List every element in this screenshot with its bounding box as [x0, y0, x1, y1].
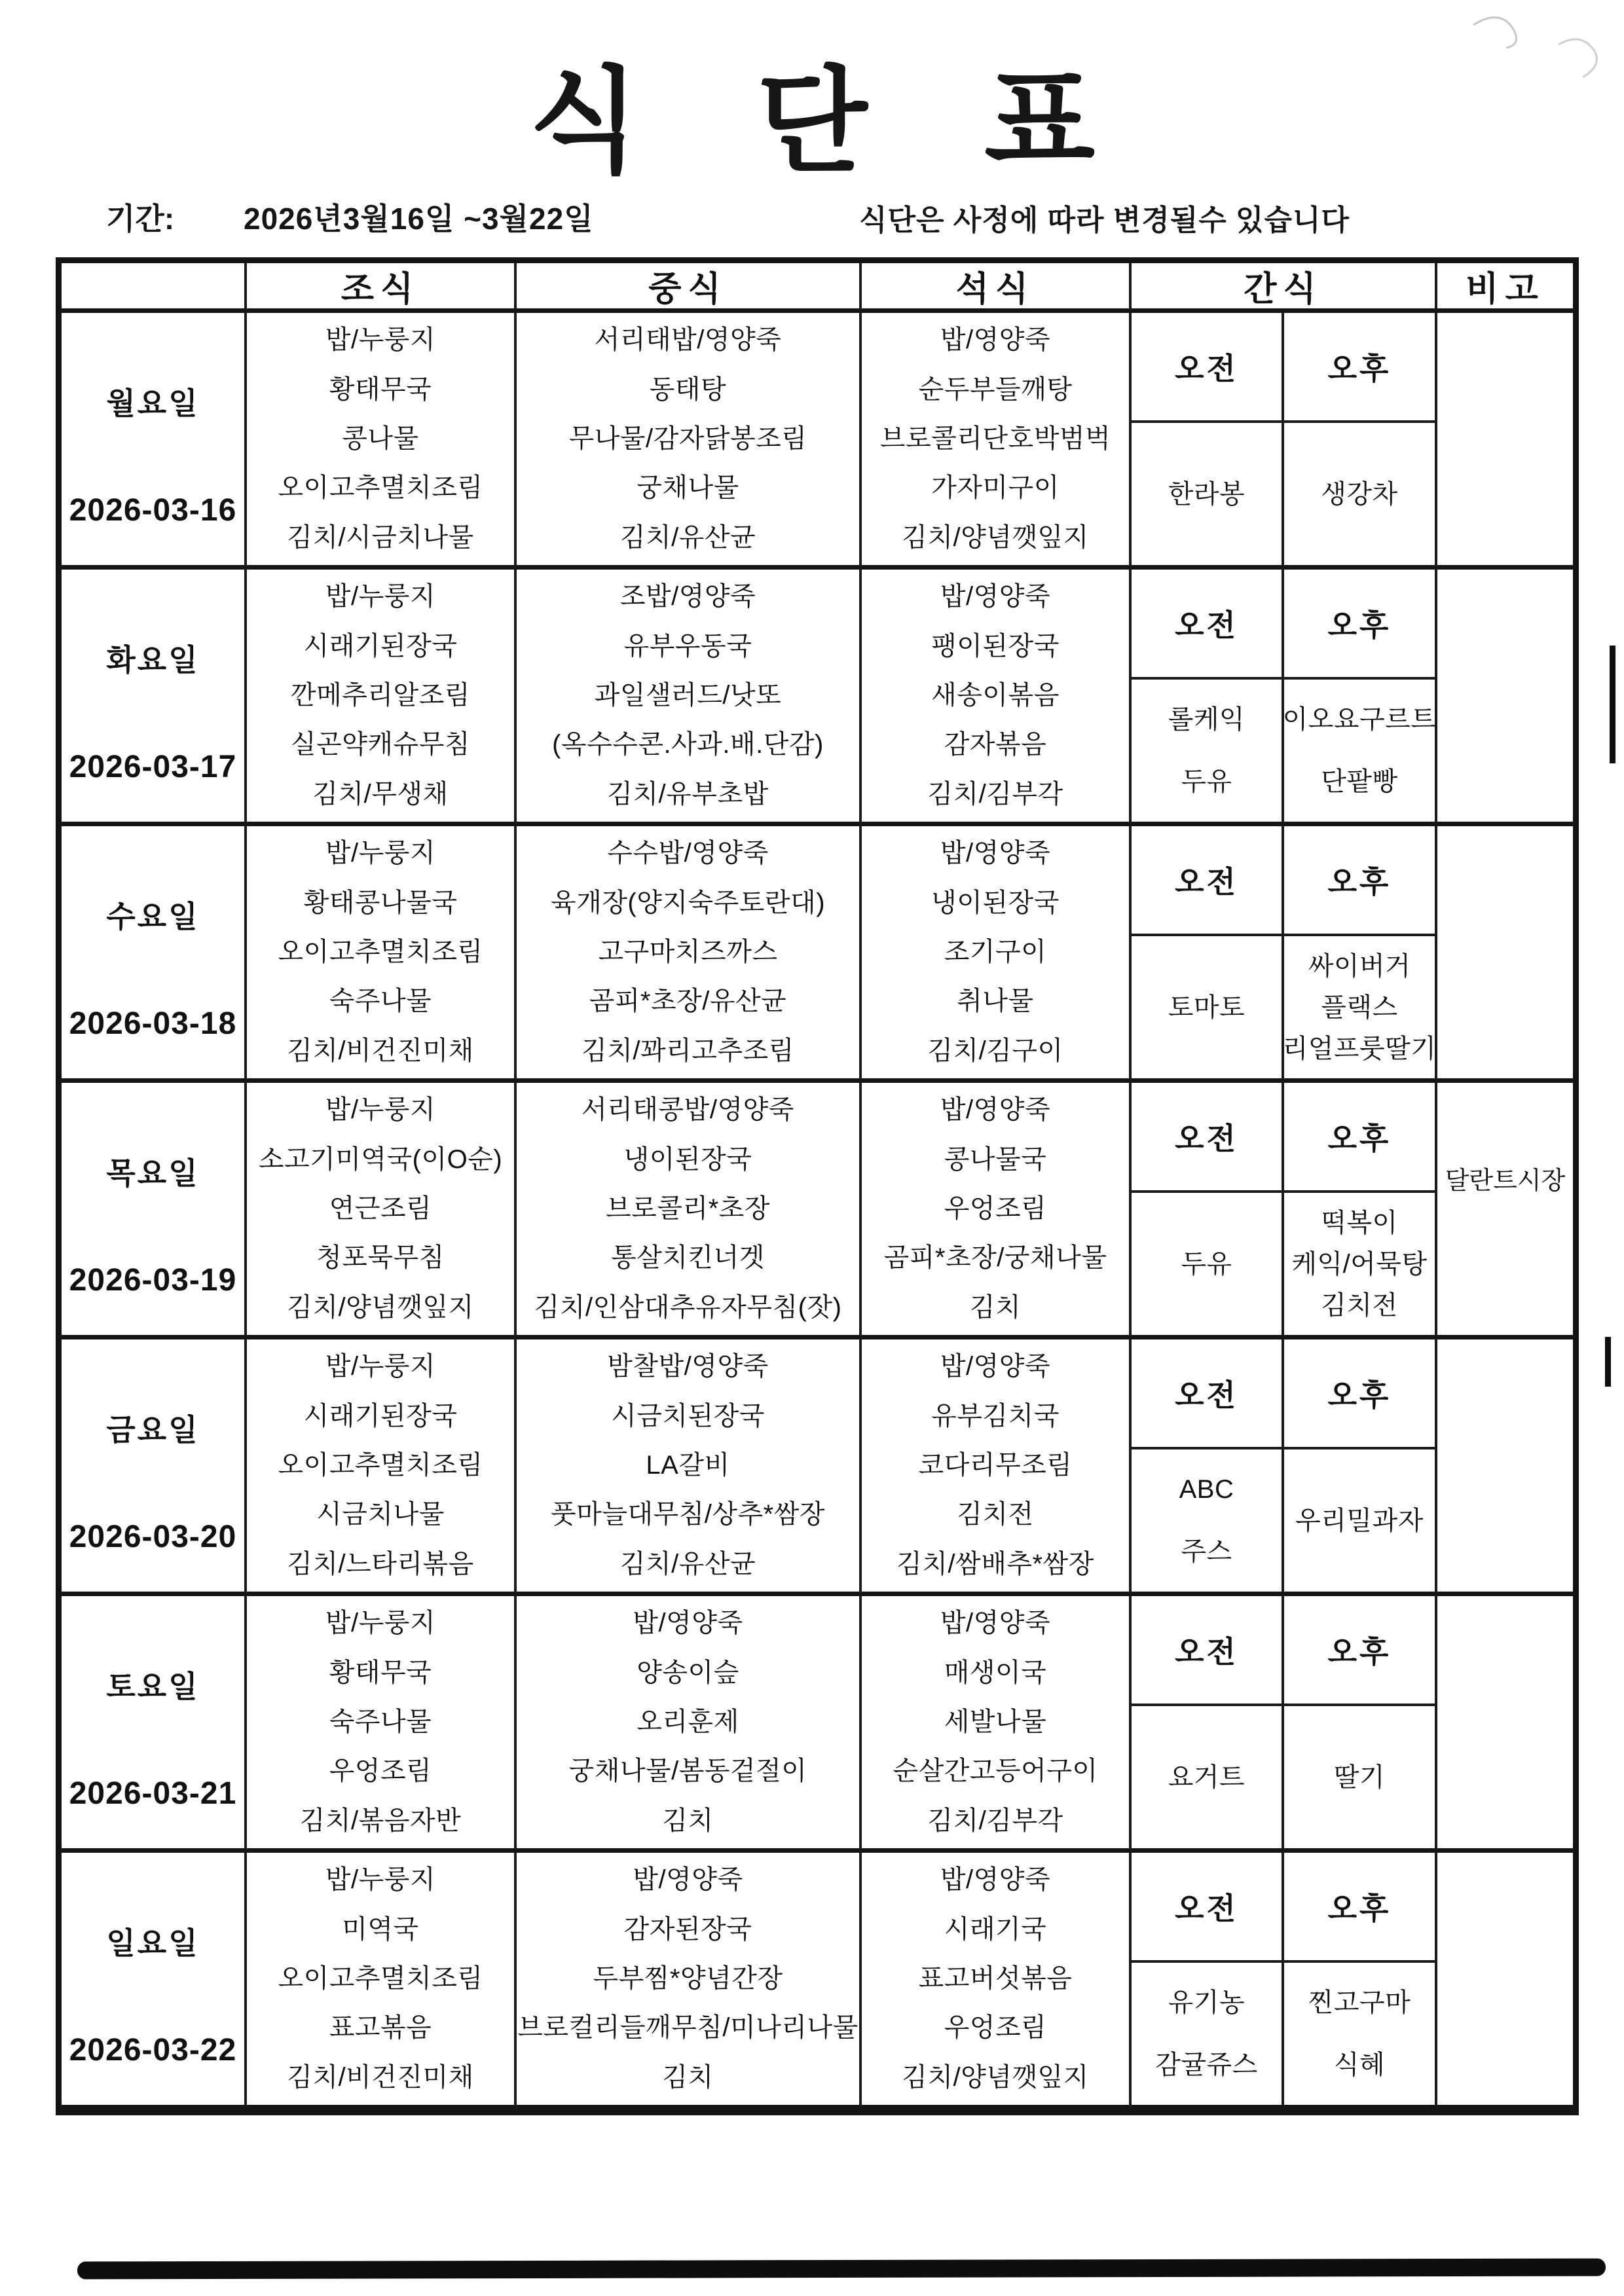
snack-item: 리얼프룻딸기: [1283, 1034, 1437, 1064]
snack-item: 요거트: [1168, 1762, 1245, 1793]
snack-am-value: 요거트: [1132, 1706, 1284, 1848]
day-date: 2026-03-17: [69, 749, 237, 785]
snack-item: ABC: [1179, 1474, 1234, 1504]
day-date: 2026-03-22: [69, 2032, 237, 2068]
menu-item: 시금치된장국: [611, 1402, 765, 1431]
menu-item: 감자된장국: [624, 1915, 752, 1944]
snack-pm-value: 우리밀과자: [1284, 1449, 1435, 1592]
menu-item: 밥/영양죽: [633, 1865, 743, 1895]
day-name: 화요일: [106, 636, 199, 680]
day-name: 토요일: [106, 1663, 199, 1706]
menu-item: 곰피*초장/궁채나물: [884, 1243, 1107, 1273]
period-value: 2026년3월16일 ~3월22일: [244, 195, 594, 238]
lunch-cell: 밤찰밥/영양죽시금치된장국LA갈비풋마늘대무침/상추*쌈장김치/유산균: [517, 1339, 862, 1596]
scanned-menu-page: 식 단 표 기간: 2026년3월16일 ~3월22일 식단은 사정에 따라 변…: [0, 0, 1624, 2296]
menu-item: 냉이된장국: [931, 888, 1060, 918]
dinner-cell: 밥/영양죽순두부들깨탕브로콜리단호박범벅가자미구이김치/양념깻잎지: [862, 313, 1132, 570]
breakfast-cell: 밥/누룽지황태무국콩나물오이고추멸치조림김치/시금치나물: [247, 313, 517, 570]
menu-item: 김치/꽈리고추조림: [581, 1036, 794, 1066]
snack-item: 주스: [1181, 1537, 1232, 1567]
snack-item: 플랙스: [1321, 993, 1397, 1023]
day-cell: 토요일2026-03-21: [62, 1596, 247, 1853]
menu-item: 팽이된장국: [931, 632, 1060, 661]
menu-item: 숙주나물: [329, 987, 432, 1016]
menu-item: 표고볶음: [329, 2013, 432, 2043]
snack-item: 김치전: [1321, 1290, 1397, 1321]
note-cell: 달란트시장: [1437, 1083, 1573, 1339]
menu-item: 황태콩나물국: [304, 888, 458, 918]
menu-item: 김치/김부각: [927, 780, 1063, 809]
lunch-cell: 수수밥/영양죽육개장(양지숙주토란대)고구마치즈까스곰피*초장/유산균김치/꽈리…: [517, 826, 862, 1083]
menu-item: 청포묵무침: [316, 1243, 445, 1273]
snack-pm-value: 이오요구르트단팥빵: [1284, 680, 1435, 822]
breakfast-cell: 밥/누룽지미역국오이고추멸치조림표고볶음김치/비건진미채: [247, 1853, 517, 2109]
dinner-cell: 밥/영양죽콩나물국우엉조림곰피*초장/궁채나물김치: [862, 1083, 1132, 1339]
day-date: 2026-03-20: [69, 1519, 237, 1555]
scan-artifact-right-mark: [1610, 646, 1615, 763]
header-breakfast: 조식: [247, 263, 517, 313]
menu-item: 시래기된장국: [304, 632, 458, 661]
day-date: 2026-03-21: [69, 1776, 237, 1812]
menu-item: 밥/영양죽: [940, 1865, 1050, 1895]
menu-table: 조식 중식 석식 간식 비고 월요일2026-03-16밥/누룽지황태무국콩나물…: [56, 257, 1579, 2115]
day-cell: 화요일2026-03-17: [62, 570, 247, 826]
menu-item: 김치/느타리볶음: [287, 1550, 474, 1579]
menu-item: 우엉조림: [944, 1194, 1047, 1224]
day-name: 일요일: [106, 1920, 199, 1963]
menu-item: 김치/인삼대추유자무침(잣): [534, 1293, 842, 1322]
menu-item: 오이고추멸치조림: [278, 1964, 483, 1994]
menu-item: 서리태밥/영양죽: [595, 325, 782, 355]
header-note: 비고: [1437, 263, 1573, 313]
breakfast-cell: 밥/누룽지소고기미역국(이O순)연근조림청포묵무침김치/양념깻잎지: [247, 1083, 517, 1339]
snack-pm-header: 오후: [1284, 570, 1435, 680]
menu-item: 두부찜*양념간장: [593, 1964, 783, 1994]
snack-pm-header: 오후: [1284, 1853, 1435, 1963]
snack-item: 찐고구마: [1308, 1988, 1411, 2018]
day-name: 금요일: [106, 1406, 199, 1449]
snack-item: 생강차: [1321, 479, 1397, 509]
dinner-cell: 밥/영양죽시래기국표고버섯볶음우엉조림김치/양념깻잎지: [862, 1853, 1132, 2109]
menu-item: 밥/누룽지: [325, 582, 435, 611]
lunch-cell: 서리태밥/영양죽동태탕무나물/감자닭봉조림궁채나물김치/유산균: [517, 313, 862, 570]
snack-am-header: 오전: [1132, 1596, 1284, 1706]
menu-item: 김치/김부각: [927, 1806, 1063, 1836]
menu-item: 가자미구이: [931, 473, 1060, 503]
menu-item: 깐메추리알조림: [291, 681, 470, 710]
snack-item: 롤케익: [1168, 704, 1245, 735]
menu-item: 콩나물국: [944, 1145, 1047, 1175]
note-cell: [1437, 570, 1573, 826]
snack-pm-header: 오후: [1284, 1596, 1435, 1706]
snack-am-header: 오전: [1132, 1339, 1284, 1449]
menu-item: 소고기미역국(이O순): [259, 1145, 502, 1175]
menu-item: 통살치킨너겟: [611, 1243, 765, 1273]
snack-cell: 오전오후유기농감귤쥬스찐고구마식혜: [1132, 1853, 1437, 2109]
day-cell: 목요일2026-03-19: [62, 1083, 247, 1339]
menu-item: 냉이된장국: [624, 1145, 752, 1175]
menu-item: 고구마치즈까스: [599, 938, 778, 967]
menu-item: 김치/양념깻잎지: [902, 2063, 1089, 2092]
menu-item: 세발나물: [944, 1707, 1047, 1737]
breakfast-cell: 밥/누룽지시래기된장국깐메추리알조림실곤약캐슈무침김치/무생채: [247, 570, 517, 826]
snack-am-value: 두유: [1132, 1193, 1284, 1335]
snack-am-value: 롤케익두유: [1132, 680, 1284, 822]
day-name: 월요일: [106, 380, 199, 423]
menu-item: (옥수수콘.사과.배.단감): [552, 730, 824, 759]
snack-item: 딸기: [1334, 1762, 1385, 1793]
menu-item: 김치: [662, 1806, 713, 1836]
snack-item: 토마토: [1168, 993, 1245, 1023]
dinner-cell: 밥/영양죽팽이된장국새송이볶음감자볶음김치/김부각: [862, 570, 1132, 826]
menu-item: 김치: [662, 2063, 713, 2092]
scan-artifact-right-mark: [1605, 1337, 1611, 1387]
menu-item: 밥/누룽지: [325, 325, 435, 355]
menu-item: 김치/볶음자반: [300, 1806, 461, 1836]
pencil-scribble: [1460, 5, 1611, 90]
breakfast-cell: 밥/누룽지황태콩나물국오이고추멸치조림숙주나물김치/비건진미채: [247, 826, 517, 1083]
snack-am-value: 유기농감귤쥬스: [1132, 1963, 1284, 2105]
period-row: 기간: 2026년3월16일 ~3월22일 식단은 사정에 따라 변경될수 있습…: [0, 195, 1624, 234]
note-cell: [1437, 313, 1573, 570]
snack-am-header: 오전: [1132, 826, 1284, 936]
menu-item: 시래기국: [944, 1915, 1047, 1944]
menu-item: 새송이볶음: [931, 681, 1060, 710]
menu-item: 밥/영양죽: [940, 839, 1050, 868]
snack-am-value: ABC주스: [1132, 1449, 1284, 1592]
menu-item: 밥/영양죽: [940, 582, 1050, 611]
day-cell: 금요일2026-03-20: [62, 1339, 247, 1596]
menu-item: 풋마늘대무침/상추*쌈장: [551, 1500, 825, 1529]
snack-item: 케익/어묵탕: [1291, 1249, 1427, 1279]
snack-am-value: 토마토: [1132, 936, 1284, 1078]
menu-change-notice: 식단은 사정에 따라 변경될수 있습니다: [859, 196, 1350, 238]
menu-item: 김치/양념깻잎지: [287, 1293, 474, 1322]
snack-item: 한라봉: [1168, 479, 1245, 509]
menu-item: 동태탕: [650, 375, 726, 405]
menu-item: 밥/누룽지: [325, 839, 435, 868]
menu-item: 밥/누룽지: [325, 1095, 435, 1125]
menu-item: 실곤약캐슈무침: [291, 730, 470, 759]
lunch-cell: 밥/영양죽양송이슾오리훈제궁채나물/봄동겉절이김치: [517, 1596, 862, 1853]
menu-item: 밥/영양죽: [633, 1609, 743, 1638]
menu-item: 밥/영양죽: [940, 1609, 1050, 1638]
snack-am-header: 오전: [1132, 1083, 1284, 1193]
day-name: 목요일: [106, 1150, 199, 1193]
menu-item: 밥/누룽지: [325, 1609, 435, 1638]
lunch-cell: 조밥/영양죽유부우동국과일샐러드/낫또(옥수수콘.사과.배.단감)김치/유부초밥: [517, 570, 862, 826]
page-title: 식 단 표: [0, 30, 1624, 194]
snack-item: 두유: [1181, 1249, 1232, 1279]
header-snack: 간식: [1132, 263, 1437, 313]
menu-item: 궁채나물: [637, 473, 739, 503]
menu-item: 유부우동국: [624, 632, 752, 661]
menu-item: 밤찰밥/영양죽: [607, 1352, 768, 1381]
menu-item: 코다리무조림: [919, 1451, 1073, 1480]
menu-item: 취나물: [957, 987, 1033, 1016]
snack-pm-value: 딸기: [1284, 1706, 1435, 1848]
header-day-blank: [62, 263, 247, 313]
note-text: 달란트시장: [1445, 1160, 1566, 1196]
header-dinner: 석식: [862, 263, 1132, 313]
snack-item: 단팥빵: [1321, 767, 1397, 797]
dinner-cell: 밥/영양죽매생이국세발나물순살간고등어구이김치/김부각: [862, 1596, 1132, 1853]
snack-item: 싸이버거: [1308, 951, 1411, 981]
menu-item: 곰피*초장/유산균: [589, 987, 787, 1016]
day-date: 2026-03-18: [69, 1006, 237, 1042]
menu-item: 오이고추멸치조림: [278, 938, 483, 967]
menu-item: 순살간고등어구이: [893, 1757, 1098, 1786]
menu-item: 유부김치국: [931, 1402, 1060, 1431]
menu-item: 연근조림: [329, 1194, 432, 1224]
day-date: 2026-03-19: [69, 1262, 237, 1298]
day-date: 2026-03-16: [69, 492, 237, 528]
snack-cell: 오전오후토마토싸이버거플랙스리얼프룻딸기: [1132, 826, 1437, 1083]
period-label: 기간:: [106, 195, 174, 238]
snack-am-header: 오전: [1132, 1853, 1284, 1963]
menu-item: 오리훈제: [637, 1707, 739, 1737]
menu-item: 조밥/영양죽: [620, 582, 756, 611]
menu-item: 서리태콩밥/영양죽: [581, 1095, 794, 1125]
snack-pm-header: 오후: [1284, 1339, 1435, 1449]
menu-item: 양송이슾: [637, 1658, 739, 1688]
menu-item: 김치/양념깻잎지: [902, 523, 1089, 553]
lunch-cell: 밥/영양죽감자된장국두부찜*양념간장브로컬리들깨무침/미나리나물김치: [517, 1853, 862, 2109]
menu-item: 우엉조림: [944, 2013, 1047, 2043]
snack-item: 유기농: [1168, 1988, 1245, 2018]
menu-item: 밥/누룽지: [325, 1865, 435, 1895]
menu-item: 김치/시금치나물: [287, 523, 474, 553]
menu-item: 감자볶음: [944, 730, 1047, 759]
menu-item: 황태무국: [329, 1658, 432, 1688]
menu-item: 밥/영양죽: [940, 1352, 1050, 1381]
snack-am-value: 한라봉: [1132, 423, 1284, 565]
menu-item: LA갈비: [646, 1451, 729, 1480]
note-cell: [1437, 1853, 1573, 2109]
snack-cell: 오전오후두유떡복이케익/어묵탕김치전: [1132, 1083, 1437, 1339]
menu-item: 우엉조림: [329, 1757, 432, 1786]
menu-item: 김치: [970, 1293, 1021, 1322]
menu-item: 콩나물: [342, 424, 418, 454]
menu-item: 브로컬리들깨무침/미나리나물: [517, 2013, 858, 2043]
menu-item: 브로콜리*초장: [606, 1194, 770, 1224]
snack-am-header: 오전: [1132, 570, 1284, 680]
snack-item: 감귤쥬스: [1155, 2050, 1258, 2080]
snack-cell: 오전오후롤케익두유이오요구르트단팥빵: [1132, 570, 1437, 826]
snack-item: 식혜: [1334, 2050, 1385, 2080]
lunch-cell: 서리태콩밥/영양죽냉이된장국브로콜리*초장통살치킨너겟김치/인삼대추유자무침(잣…: [517, 1083, 862, 1339]
scan-artifact-bottom-bar: [77, 2259, 1606, 2280]
note-cell: [1437, 1339, 1573, 1596]
menu-item: 조기구이: [944, 938, 1047, 967]
menu-item: 숙주나물: [329, 1707, 432, 1737]
menu-item: 궁채나물/봄동겉절이: [569, 1757, 807, 1786]
menu-item: 과일샐러드/낫또: [595, 681, 782, 710]
snack-am-header: 오전: [1132, 313, 1284, 423]
snack-pm-value: 싸이버거플랙스리얼프룻딸기: [1284, 936, 1435, 1078]
snack-cell: 오전오후ABC주스우리밀과자: [1132, 1339, 1437, 1596]
menu-item: 표고버섯볶음: [919, 1964, 1073, 1994]
menu-item: 밥/누룽지: [325, 1352, 435, 1381]
snack-pm-value: 찐고구마식혜: [1284, 1963, 1435, 2105]
menu-item: 김치/무생채: [312, 780, 448, 809]
breakfast-cell: 밥/누룽지시래기된장국오이고추멸치조림시금치나물김치/느타리볶음: [247, 1339, 517, 1596]
day-cell: 수요일2026-03-18: [62, 826, 247, 1083]
day-name: 수요일: [106, 893, 199, 936]
day-cell: 일요일2026-03-22: [62, 1853, 247, 2109]
menu-item: 무나물/감자닭봉조림: [569, 424, 807, 454]
menu-item: 시금치나물: [316, 1500, 445, 1529]
header-lunch: 중식: [517, 263, 862, 313]
menu-item: 미역국: [342, 1915, 418, 1944]
snack-item: 떡복이: [1321, 1208, 1397, 1238]
day-cell: 월요일2026-03-16: [62, 313, 247, 570]
menu-item: 브로콜리단호박범벅: [880, 424, 1111, 454]
snack-pm-header: 오후: [1284, 313, 1435, 423]
menu-item: 밥/영양죽: [940, 325, 1050, 355]
snack-item: 이오요구르트: [1283, 704, 1437, 735]
menu-item: 김치/쌈배추*쌈장: [896, 1550, 1094, 1579]
menu-item: 수수밥/영양죽: [607, 839, 768, 868]
menu-item: 오이고추멸치조림: [278, 473, 483, 503]
menu-item: 김치/유부초밥: [607, 780, 768, 809]
dinner-cell: 밥/영양죽유부김치국코다리무조림김치전김치/쌈배추*쌈장: [862, 1339, 1132, 1596]
note-cell: [1437, 1596, 1573, 1853]
snack-pm-header: 오후: [1284, 1083, 1435, 1193]
menu-item: 시래기된장국: [304, 1402, 458, 1431]
menu-item: 황태무국: [329, 375, 432, 405]
snack-pm-value: 떡복이케익/어묵탕김치전: [1284, 1193, 1435, 1335]
snack-cell: 오전오후요거트딸기: [1132, 1596, 1437, 1853]
breakfast-cell: 밥/누룽지황태무국숙주나물우엉조림김치/볶음자반: [247, 1596, 517, 1853]
menu-item: 밥/영양죽: [940, 1095, 1050, 1125]
menu-item: 순두부들깨탕: [919, 375, 1073, 405]
menu-item: 김치전: [957, 1500, 1033, 1529]
snack-item: 우리밀과자: [1295, 1506, 1424, 1536]
menu-item: 매생이국: [944, 1658, 1047, 1688]
note-cell: [1437, 826, 1573, 1083]
menu-item: 김치/비건진미채: [287, 2063, 474, 2092]
menu-item: 김치/김구이: [927, 1036, 1063, 1066]
snack-pm-header: 오후: [1284, 826, 1435, 936]
snack-item: 두유: [1181, 767, 1232, 797]
menu-item: 오이고추멸치조림: [278, 1451, 483, 1480]
menu-item: 육개장(양지숙주토란대): [551, 888, 825, 918]
snack-cell: 오전오후한라봉생강차: [1132, 313, 1437, 570]
menu-item: 김치/유산균: [620, 523, 756, 553]
menu-item: 김치/비건진미채: [287, 1036, 474, 1066]
snack-pm-value: 생강차: [1284, 423, 1435, 565]
menu-item: 김치/유산균: [620, 1550, 756, 1579]
dinner-cell: 밥/영양죽냉이된장국조기구이취나물김치/김구이: [862, 826, 1132, 1083]
